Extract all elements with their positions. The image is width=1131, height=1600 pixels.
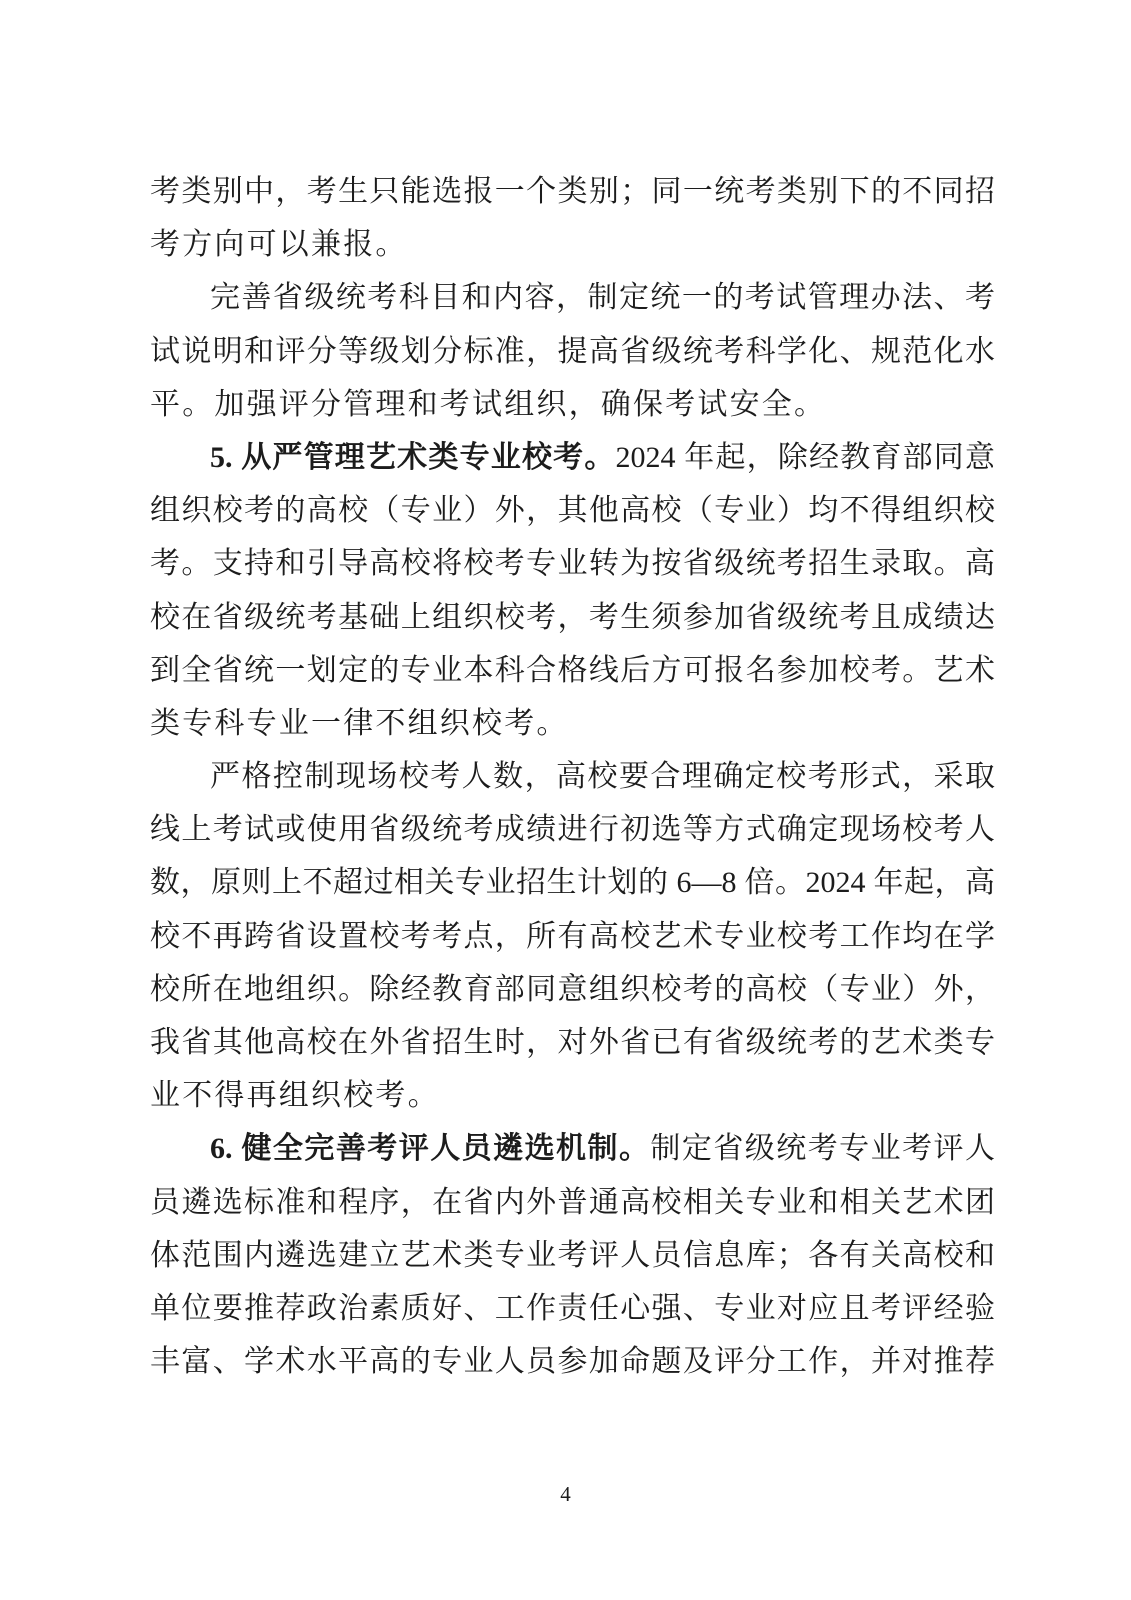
section-6-heading-line: 6. 健全完善考评人员遴选机制。制定省级统考专业考评人 [150,1122,995,1175]
text-line: 我省其他高校在外省招生时，对外省已有省级统考的艺术类专 [150,1016,995,1069]
text-line: 单位要推荐政治素质好、工作责任心强、专业对应且考评经验 [150,1282,995,1335]
document-body: 考类别中，考生只能选报一个类别；同一统考类别下的不同招 考方向可以兼报。 完善省… [150,165,995,1388]
text-line: 严格控制现场校考人数，高校要合理确定校考形式，采取 [150,750,995,803]
text-line: 考类别中，考生只能选报一个类别；同一统考类别下的不同招 [150,165,995,218]
text-line: 平。加强评分管理和考试组织，确保考试安全。 [150,378,995,431]
text-line: 体范围内遴选建立艺术类专业考评人员信息库；各有关高校和 [150,1229,995,1282]
text-line: 数，原则上不超过相关专业招生计划的 6—8 倍。2024 年起，高 [150,856,995,909]
document-page: 考类别中，考生只能选报一个类别；同一统考类别下的不同招 考方向可以兼报。 完善省… [0,0,1131,1600]
text-line: 考方向可以兼报。 [150,218,995,271]
text-segment: 2024 年起，除经教育部同意 [616,441,995,474]
text-line: 组织校考的高校（专业）外，其他高校（专业）均不得组织校 [150,484,995,537]
text-line: 丰富、学术水平高的专业人员参加命题及评分工作，并对推荐 [150,1335,995,1388]
text-line: 试说明和评分等级划分标准，提高省级统考科学化、规范化水 [150,325,995,378]
text-line: 线上考试或使用省级统考成绩进行初选等方式确定现场校考人 [150,803,995,856]
text-segment: 制定省级统考专业考评人 [650,1132,995,1165]
section-5-heading: 5. 从严管理艺术类专业校考。 [210,441,616,474]
text-line: 校在省级统考基础上组织校考，考生须参加省级统考且成绩达 [150,591,995,644]
text-line: 员遴选标准和程序，在省内外普通高校相关专业和相关艺术团 [150,1176,995,1229]
section-6-heading: 6. 健全完善考评人员遴选机制。 [210,1132,650,1165]
text-line: 校所在地组织。除经教育部同意组织校考的高校（专业）外， [150,963,995,1016]
text-line: 业不得再组织校考。 [150,1069,995,1122]
text-line: 类专科专业一律不组织校考。 [150,697,995,750]
page-number: 4 [0,1480,1131,1508]
section-5-heading-line: 5. 从严管理艺术类专业校考。2024 年起，除经教育部同意 [150,431,995,484]
text-line: 到全省统一划定的专业本科合格线后方可报名参加校考。艺术 [150,644,995,697]
text-line: 完善省级统考科目和内容，制定统一的考试管理办法、考 [150,271,995,324]
text-line: 考。支持和引导高校将校考专业转为按省级统考招生录取。高 [150,537,995,590]
text-line: 校不再跨省设置校考考点，所有高校艺术专业校考工作均在学 [150,910,995,963]
